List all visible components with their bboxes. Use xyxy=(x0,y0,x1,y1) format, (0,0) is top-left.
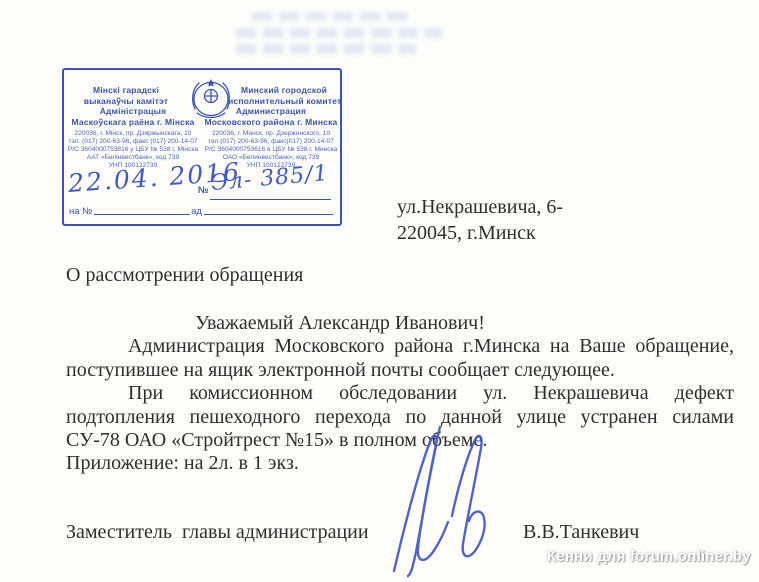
detail-line: 220036, г. Минск, пр. Дзержинского, 10 xyxy=(202,130,340,138)
body-line: Администрация Московского района г.Минск… xyxy=(66,335,734,358)
org-line: Маскоўскага раёна г. Мінска xyxy=(64,117,202,128)
signer-name: В.В.Танкевич xyxy=(523,521,639,544)
org-line: Адміністрацыя xyxy=(64,106,202,117)
greeting-line: Уважаемый Александр Иванович! xyxy=(66,312,734,335)
reply-to-label: на № xyxy=(69,206,92,217)
body-line: поступившее на ящик электронной почты со… xyxy=(66,359,734,382)
body-line: При комиссионном обследовании ул. Некраш… xyxy=(66,382,734,405)
detail-line: 220036, г. Мінск, пр. Дзяржынскага, 10 xyxy=(64,130,202,138)
handwritten-signature xyxy=(378,424,506,578)
signer-title: Заместитель главы администрации xyxy=(66,521,369,544)
address-line: ул.Некрашевича, 6- xyxy=(397,194,563,220)
letterhead-stamp: Мінскі гарадскі выканаўчы камітэт Адміні… xyxy=(62,68,342,226)
number-underline xyxy=(210,199,331,200)
subject-line: О рассмотрении обращения xyxy=(66,264,303,287)
number-sign-label: № xyxy=(198,185,209,196)
stamp-column-belarusian: Мінскі гарадскі выканаўчы камітэт Адміні… xyxy=(64,85,202,170)
address-line: 220045, г.Минск xyxy=(397,220,563,246)
stamp-bottom-row: на № ад xyxy=(69,206,334,217)
bleedthrough-artifact xyxy=(236,44,416,54)
bleedthrough-artifact xyxy=(252,12,414,21)
detail-line: тел.(017) 200-63-96, факс(017) 200-14-07 xyxy=(202,138,340,146)
recipient-address: ул.Некрашевича, 6- 220045, г.Минск xyxy=(397,194,563,246)
detail-line: тэл. (017) 200-63-96, факс (017) 200-14-… xyxy=(64,138,202,146)
detail-line: Р/С 3604000753816 у ЦБУ № 538 г. Мінска xyxy=(64,146,202,154)
coat-of-arms-icon xyxy=(185,75,237,125)
from-label: ад xyxy=(191,206,202,217)
detail-line: Р/С 3604000753616 в ЦБУ № 538 г. Минска xyxy=(202,146,340,154)
blank-line xyxy=(94,214,190,215)
blank-line xyxy=(204,214,333,215)
bleedthrough-artifact xyxy=(236,28,442,38)
scanned-letter-page: Мінскі гарадскі выканаўчы камітэт Адміні… xyxy=(0,0,759,582)
org-line: Мінскі гарадскі xyxy=(64,85,202,96)
watermark-text: Кенни для forum.onliner.by xyxy=(547,548,751,565)
org-line: выканаўчы камітэт xyxy=(64,96,202,107)
